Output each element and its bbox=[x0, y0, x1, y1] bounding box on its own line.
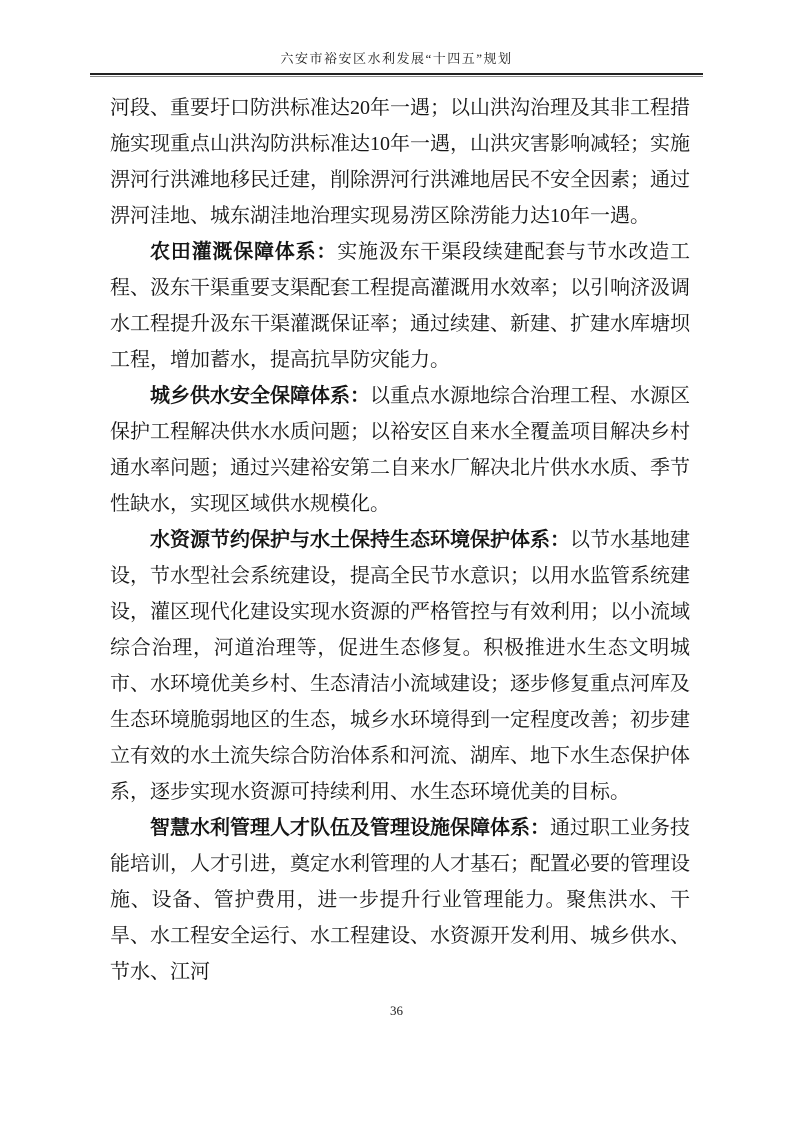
paragraph-lead: 城乡供水安全保障体系： bbox=[150, 385, 370, 407]
paragraph-text: 以节水基地建设，节水型社会系统建设，提高全民节水意识；以用水监管系统建设，灌区现… bbox=[110, 529, 690, 803]
page-footer: 36 bbox=[0, 1002, 793, 1020]
paragraph-lead: 农田灌溉保障体系： bbox=[150, 241, 337, 263]
paragraph-irrigation-system: 农田灌溉保障体系：实施汲东干渠段续建配套与节水改造工程、汲东干渠重要支渠配套工程… bbox=[110, 234, 690, 378]
paragraph-lead: 智慧水利管理人才队伍及管理设施保障体系： bbox=[150, 817, 550, 839]
paragraph-smart-water-management: 智慧水利管理人才队伍及管理设施保障体系：通过职工业务技能培训，人才引进，奠定水利… bbox=[110, 810, 690, 990]
paragraph-ecology-system: 水资源节约保护与水土保持生态环境保护体系：以节水基地建设，节水型社会系统建设，提… bbox=[110, 522, 690, 810]
paragraph-water-supply-system: 城乡供水安全保障体系：以重点水源地综合治理工程、水源区保护工程解决供水水质问题；… bbox=[110, 378, 690, 522]
page-header: 六安市裕安区水利发展“十四五”规划 bbox=[0, 50, 793, 77]
paragraph-text: 通过职工业务技能培训，人才引进，奠定水利管理的人才基石；配置必要的管理设施、设备… bbox=[110, 817, 690, 983]
header-rule bbox=[90, 73, 703, 77]
document-page: 六安市裕安区水利发展“十四五”规划 河段、重要圩口防洪标准达20年一遇；以山洪沟… bbox=[0, 0, 793, 1122]
page-number: 36 bbox=[390, 1003, 403, 1018]
document-content: 河段、重要圩口防洪标准达20年一遇；以山洪沟治理及其非工程措施实现重点山洪沟防洪… bbox=[110, 90, 690, 990]
paragraph-text: 河段、重要圩口防洪标准达20年一遇；以山洪沟治理及其非工程措施实现重点山洪沟防洪… bbox=[110, 97, 690, 227]
paragraph-continuation: 河段、重要圩口防洪标准达20年一遇；以山洪沟治理及其非工程措施实现重点山洪沟防洪… bbox=[110, 90, 690, 234]
paragraph-lead: 水资源节约保护与水土保持生态环境保护体系： bbox=[150, 529, 570, 551]
header-title: 六安市裕安区水利发展“十四五”规划 bbox=[0, 50, 793, 68]
